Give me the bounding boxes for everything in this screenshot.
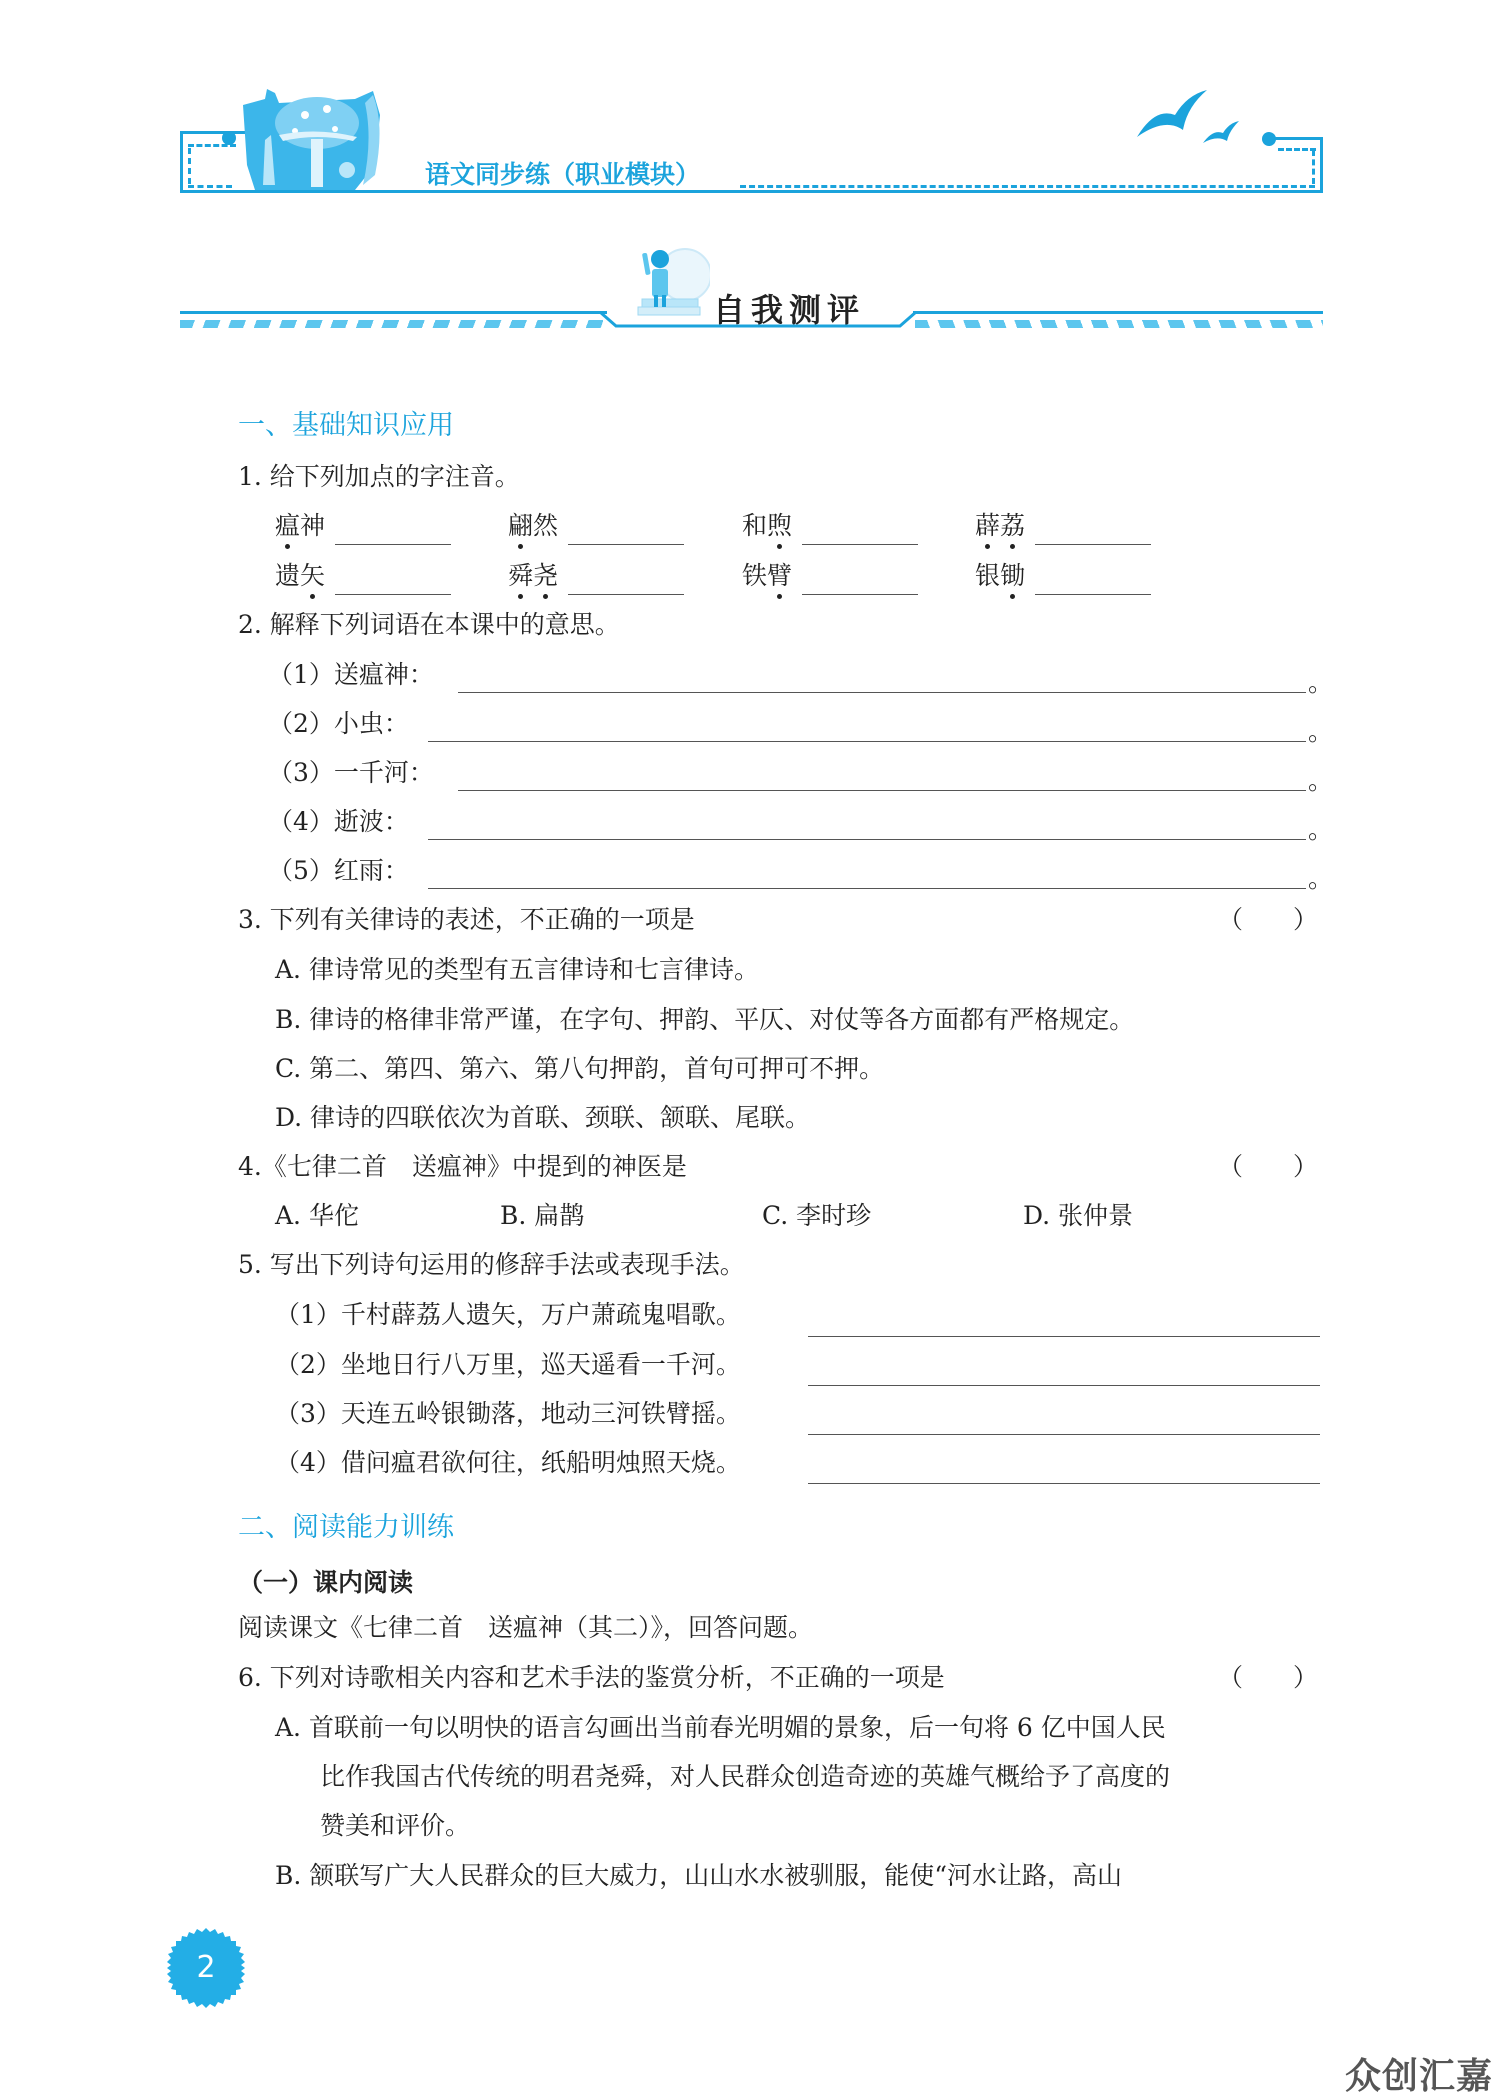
banner-rule-right <box>913 311 1323 314</box>
q6-option-a-line2: 比作我国古代传统的明君尧舜，对人民群众创造奇迹的英雄气概给予了高度的 <box>320 1762 1170 1792</box>
q1-answer-blank[interactable] <box>802 544 918 545</box>
q1-word: 铁臂 <box>742 561 792 591</box>
header-title: 语文同步练（职业模块） <box>425 155 700 191</box>
q1-answer-blank[interactable] <box>1035 544 1151 545</box>
q6-option-b-line1: B. 颔联写广大人民群众的巨大威力，山山水水被驯服，能使“河水让路，高山 <box>275 1861 1122 1891</box>
q5-item: （3）天连五岭银锄落，地动三河铁臂摇。 <box>275 1399 741 1429</box>
q2-item-label: （1）送瘟神： <box>268 660 434 690</box>
q1-word: 遗矢 <box>275 561 325 591</box>
q2-item-label: （2）小虫： <box>268 709 409 739</box>
subsection-title: （一）课内阅读 <box>238 1563 413 1599</box>
page-number: 2 <box>168 1930 244 2006</box>
q1-answer-blank[interactable] <box>335 544 451 545</box>
q6-option-a-line3: 赞美和评价。 <box>320 1811 470 1841</box>
birds-icon <box>1135 85 1245 145</box>
header-dash <box>188 185 232 188</box>
q1-word: 和煦 <box>742 511 792 541</box>
q1-answer-blank[interactable] <box>1035 594 1151 595</box>
mushroom-illustration-icon <box>235 85 405 195</box>
q1-prompt: 1. 给下列加点的字注音。 <box>238 462 520 492</box>
q4-option-c: C. 李时珍 <box>762 1201 871 1231</box>
banner-stripe-right <box>915 320 1323 328</box>
student-reading-icon <box>630 245 710 325</box>
q5-answer-blank[interactable] <box>808 1483 1320 1484</box>
q5-answer-blank[interactable] <box>808 1434 1320 1435</box>
q2-item-end: 。 <box>1308 717 1333 747</box>
q1-answer-blank[interactable] <box>335 594 451 595</box>
q1-word: 银锄 <box>975 561 1025 591</box>
q6-prompt: 6. 下列对诗歌相关内容和艺术手法的鉴赏分析，不正确的一项是 <box>238 1663 945 1693</box>
q6-option-a-line1: A. 首联前一句以明快的语言勾画出当前春光明媚的景象，后一句将 6 亿中国人民 <box>275 1713 1166 1743</box>
q1-word: 翩然 <box>508 511 558 541</box>
q4-prompt: 4.《七律二首 送瘟神》中提到的神医是 <box>238 1152 687 1182</box>
q3-option-a: A. 律诗常见的类型有五言律诗和七言律诗。 <box>275 955 759 985</box>
q2-answer-blank[interactable] <box>428 741 1306 742</box>
q4-option-b: B. 扁鹊 <box>500 1201 584 1231</box>
q5-answer-blank[interactable] <box>808 1385 1320 1386</box>
header-dash <box>740 185 1315 188</box>
section-title-reading: 二、阅读能力训练 <box>238 1505 454 1544</box>
q1-answer-blank[interactable] <box>802 594 918 595</box>
section-title-basic: 一、基础知识应用 <box>238 403 454 442</box>
q4-answer-bracket[interactable]: （ ） <box>1218 1152 1318 1182</box>
q2-item-end: 。 <box>1308 864 1333 894</box>
q2-prompt: 2. 解释下列词语在本课中的意思。 <box>238 610 620 640</box>
banner-title: 自我测评 <box>713 285 865 331</box>
q3-prompt: 3. 下列有关律诗的表述，不正确的一项是 <box>238 905 695 935</box>
q1-answer-blank[interactable] <box>568 544 684 545</box>
q2-item-end: 。 <box>1308 815 1333 845</box>
banner-stripe-left <box>180 320 603 328</box>
header-dash <box>1278 148 1316 151</box>
q2-item-label: （3）一千河： <box>268 758 434 788</box>
reading-intro: 阅读课文《七律二首 送瘟神（其二）》，回答问题。 <box>238 1613 813 1643</box>
q1-word: 瘟神 <box>275 511 325 541</box>
watermark-logo: 众创汇嘉 <box>1345 2048 1493 2094</box>
q5-item: （2）坐地日行八万里，巡天遥看一千河。 <box>275 1350 741 1380</box>
q5-answer-blank[interactable] <box>808 1336 1320 1337</box>
q3-option-b: B. 律诗的格律非常严谨，在字句、押韵、平仄、对仗等各方面都有严格规定。 <box>275 1005 1134 1035</box>
q5-item: （1）千村薜荔人遗矢，万户萧疏鬼唱歌。 <box>275 1300 741 1330</box>
q5-prompt: 5. 写出下列诗句运用的修辞手法或表现手法。 <box>238 1250 745 1280</box>
q2-answer-blank[interactable] <box>428 839 1306 840</box>
q2-item-end: 。 <box>1308 668 1333 698</box>
header-dash <box>188 148 191 184</box>
q1-answer-blank[interactable] <box>568 594 684 595</box>
q1-word: 舜尧 <box>508 561 558 591</box>
header-dot <box>222 131 236 145</box>
header-dash <box>1312 150 1315 184</box>
q2-item-label: （4）逝波： <box>268 807 409 837</box>
q2-item-label: （5）红雨： <box>268 856 409 886</box>
q5-item: （4）借问瘟君欲何往，纸船明烛照天烧。 <box>275 1448 741 1478</box>
q2-answer-blank[interactable] <box>428 888 1306 889</box>
q3-answer-bracket[interactable]: （ ） <box>1218 905 1318 935</box>
header-dot <box>1262 132 1276 146</box>
q3-option-d: D. 律诗的四联依次为首联、颈联、颔联、尾联。 <box>275 1103 810 1133</box>
q6-answer-bracket[interactable]: （ ） <box>1218 1663 1318 1693</box>
q4-option-a: A. 华佗 <box>275 1201 359 1231</box>
q1-word: 薜荔 <box>975 511 1025 541</box>
banner-rule-left <box>180 311 607 314</box>
q2-item-end: 。 <box>1308 766 1333 796</box>
q4-option-d: D. 张仲景 <box>1023 1201 1133 1231</box>
q2-answer-blank[interactable] <box>458 692 1306 693</box>
q3-option-c: C. 第二、第四、第六、第八句押韵，首句可押可不押。 <box>275 1054 884 1084</box>
q2-answer-blank[interactable] <box>458 790 1306 791</box>
